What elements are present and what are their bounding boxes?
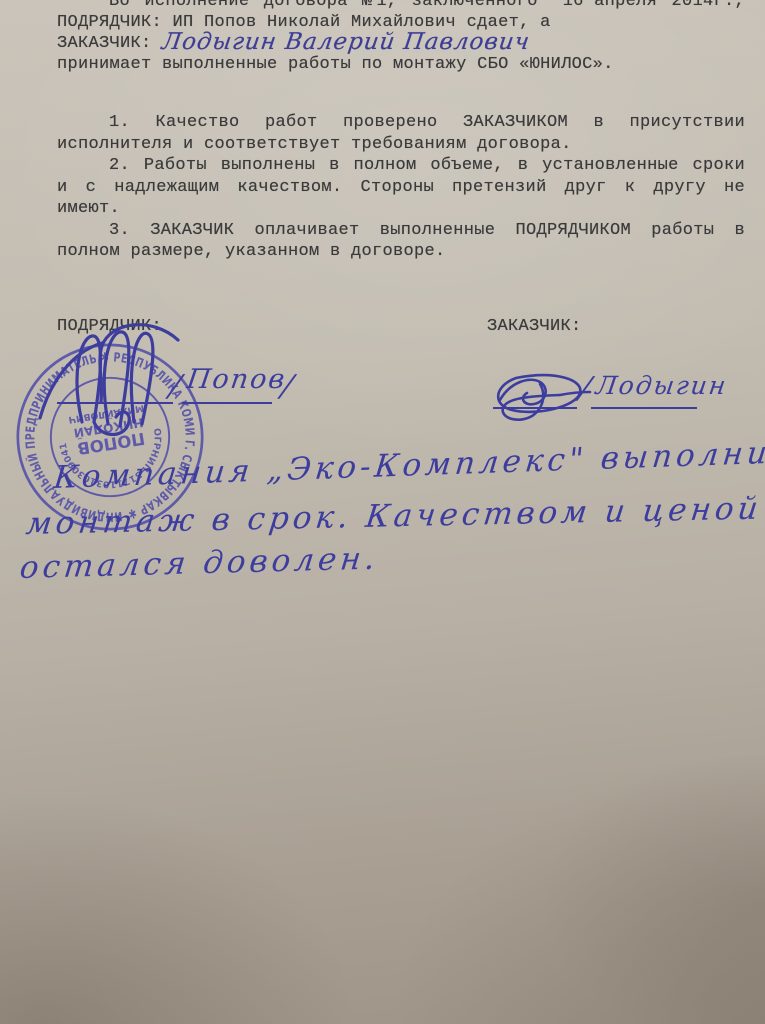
clause-2-line-3: имеют. [57, 198, 745, 220]
document-page: Во исполнение договора №1, заключенного … [0, 0, 765, 1024]
clause-3-line-2: полном размере, указанном в договоре. [57, 241, 745, 263]
contractor-signature-line [57, 402, 173, 404]
customer-label: ЗАКАЗЧИК: [57, 33, 152, 54]
clause-1-line-1: 1. Качество работ проверено ЗАКАЗЧИКОМ в… [57, 112, 745, 134]
clause-3-line-1: 3. ЗАКАЗЧИК оплачивает выполненные ПОДРЯ… [57, 220, 745, 242]
contractor-signature-scrawl [30, 320, 190, 440]
handwritten-note-line-3: остался доволен. [18, 540, 381, 586]
clauses-section: 1. Качество работ проверено ЗАКАЗЧИКОМ в… [57, 112, 745, 263]
clause-2-line-2: и с надлежащим качеством. Стороны претен… [57, 177, 745, 199]
intro-paragraph: Во исполнение договора №1, заключенного … [57, 0, 745, 75]
contractor-name-underline [182, 402, 272, 404]
clause-2-line-1: 2. Работы выполнены в полном объеме, в у… [57, 155, 745, 177]
customer-name-underline [591, 407, 697, 409]
intro-line-3: ЗАКАЗЧИК: Лодыгин Валерий Павлович [57, 33, 745, 54]
customer-surname-handwritten: Лодыгин [594, 370, 730, 402]
clause-1-line-2: исполнителя и соответствует требованиям … [57, 134, 745, 156]
customer-label-signature: ЗАКАЗЧИК: [487, 317, 582, 336]
intro-line-1: Во исполнение договора №1, заключенного … [57, 0, 745, 12]
customer-name-handwritten: Лодыгин Валерий Павлович [160, 29, 532, 55]
intro-line-4: принимает выполненные работы по монтажу … [57, 54, 745, 75]
contractor-surname-handwritten: Попов [185, 364, 289, 396]
